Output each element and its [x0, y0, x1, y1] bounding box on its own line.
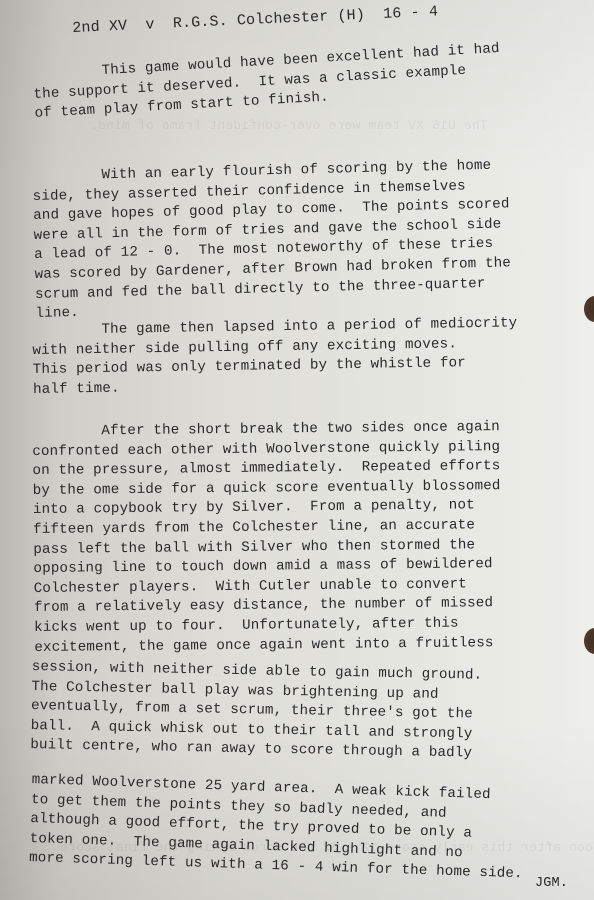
paragraph-first-half-scoring: With an early flourish of scoring by the… — [32, 155, 576, 325]
paragraph-colchester-try: session, with neither side able to gain … — [30, 658, 572, 766]
punch-hole — [584, 628, 594, 654]
report-title: 2nd XV v R.G.S. Colchester (H) 16 - 4 — [72, 3, 438, 37]
show-through-text: The U15 XV team were over-confident fram… — [90, 118, 488, 133]
author-signature: JGM. — [535, 876, 568, 891]
punch-hole — [584, 296, 594, 322]
paragraph-mediocrity: The game then lapsed into a period of me… — [32, 314, 573, 401]
paragraph-intro: This game would have been excellent had … — [32, 36, 574, 125]
typewritten-page: The U15 XV team were over-confident fram… — [0, 0, 594, 900]
paragraph-conclusion: marked Woolverstone 25 yard area. A weak… — [29, 771, 572, 887]
paragraph-second-half: After the short break the two sides once… — [32, 417, 574, 658]
